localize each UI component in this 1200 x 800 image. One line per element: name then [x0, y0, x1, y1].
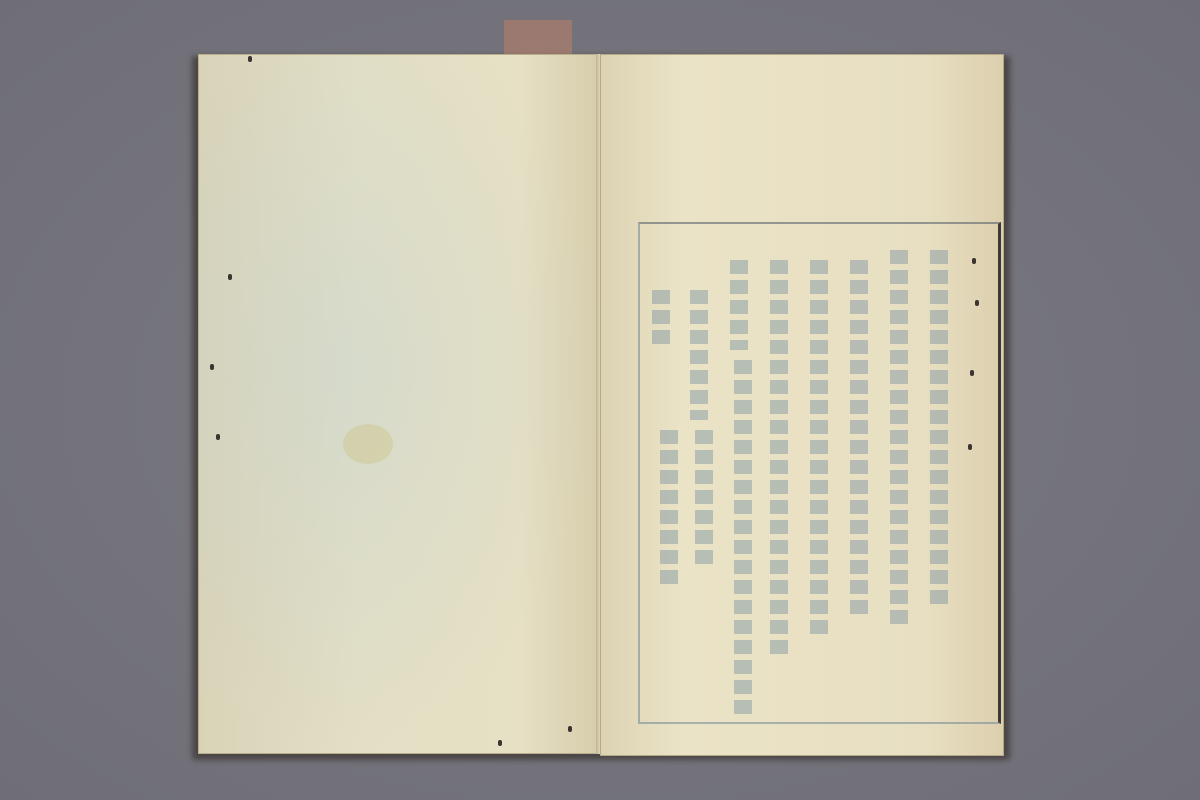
wormhole [216, 434, 220, 440]
text-column [660, 430, 678, 590]
page-discoloration [198, 54, 600, 754]
wormhole [210, 364, 214, 370]
text-column [730, 260, 748, 350]
text-column [695, 430, 713, 570]
stain-mark [343, 424, 393, 464]
left-page [198, 54, 600, 754]
text-column [930, 250, 948, 610]
text-column [652, 290, 670, 350]
wormhole [972, 258, 976, 264]
text-column [690, 290, 708, 420]
wormhole [498, 740, 502, 746]
wormhole [228, 274, 232, 280]
text-column [810, 260, 828, 640]
text-column [770, 260, 788, 660]
text-column [734, 360, 752, 720]
wormhole [970, 370, 974, 376]
wormhole [975, 300, 979, 306]
wormhole [248, 56, 252, 62]
text-column [850, 260, 868, 620]
wormhole [568, 726, 572, 732]
text-column [890, 250, 908, 630]
wormhole [968, 444, 972, 450]
